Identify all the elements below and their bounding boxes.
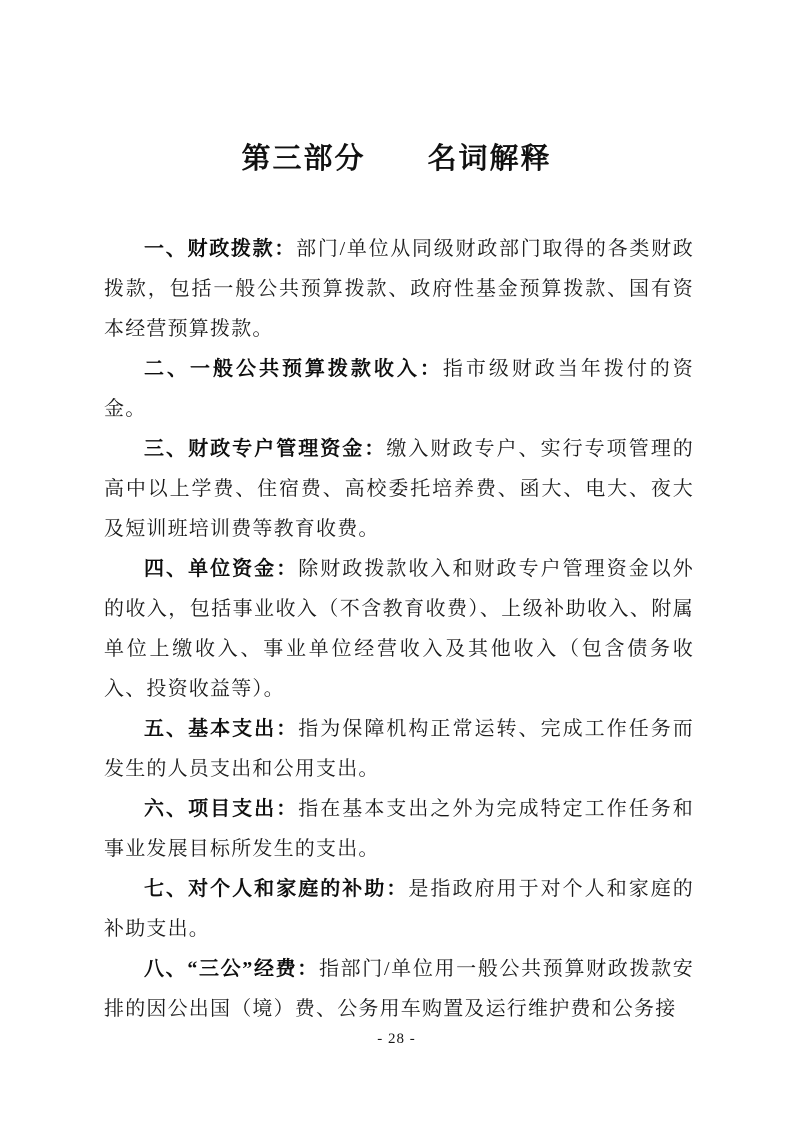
glossary-term: 七、对个人和家庭的补助： xyxy=(144,878,408,900)
glossary-term: 三、财政专户管理资金： xyxy=(144,438,386,460)
glossary-body: 一、财政拨款：部门/单位从同级财政部门取得的各类财政拨款，包括一般公共预算拨款、… xyxy=(104,229,694,1029)
glossary-paragraph: 三、财政专户管理资金：缴入财政专户、实行专项管理的高中以上学费、住宿费、高校委托… xyxy=(104,429,694,549)
glossary-paragraph: 四、单位资金：除财政拨款收入和财政专户管理资金以外的收入，包括事业收入（不含教育… xyxy=(104,549,694,709)
glossary-term: 六、项目支出： xyxy=(144,798,298,820)
glossary-paragraph: 六、项目支出：指在基本支出之外为完成特定工作任务和事业发展目标所发生的支出。 xyxy=(104,789,694,869)
glossary-paragraph: 八、“三公”经费：指部门/单位用一般公共预算财政拨款安排的因公出国（境）费、公务… xyxy=(104,949,694,1029)
glossary-paragraph: 二、一般公共预算拨款收入：指市级财政当年拨付的资金。 xyxy=(104,349,694,429)
glossary-term: 八、“三公”经费： xyxy=(144,958,319,980)
page-title: 第三部分 名词解释 xyxy=(0,141,793,177)
glossary-term: 五、基本支出： xyxy=(144,718,298,740)
page-number: - 28 - xyxy=(0,1031,793,1048)
glossary-term: 四、单位资金： xyxy=(144,558,298,580)
document-page: 第三部分 名词解释 一、财政拨款：部门/单位从同级财政部门取得的各类财政拨款，包… xyxy=(0,0,793,1122)
glossary-term: 二、一般公共预算拨款收入： xyxy=(144,358,443,380)
glossary-term: 一、财政拨款： xyxy=(144,238,296,260)
glossary-paragraph: 七、对个人和家庭的补助：是指政府用于对个人和家庭的补助支出。 xyxy=(104,869,694,949)
glossary-paragraph: 一、财政拨款：部门/单位从同级财政部门取得的各类财政拨款，包括一般公共预算拨款、… xyxy=(104,229,694,349)
glossary-paragraph: 五、基本支出：指为保障机构正常运转、完成工作任务而发生的人员支出和公用支出。 xyxy=(104,709,694,789)
